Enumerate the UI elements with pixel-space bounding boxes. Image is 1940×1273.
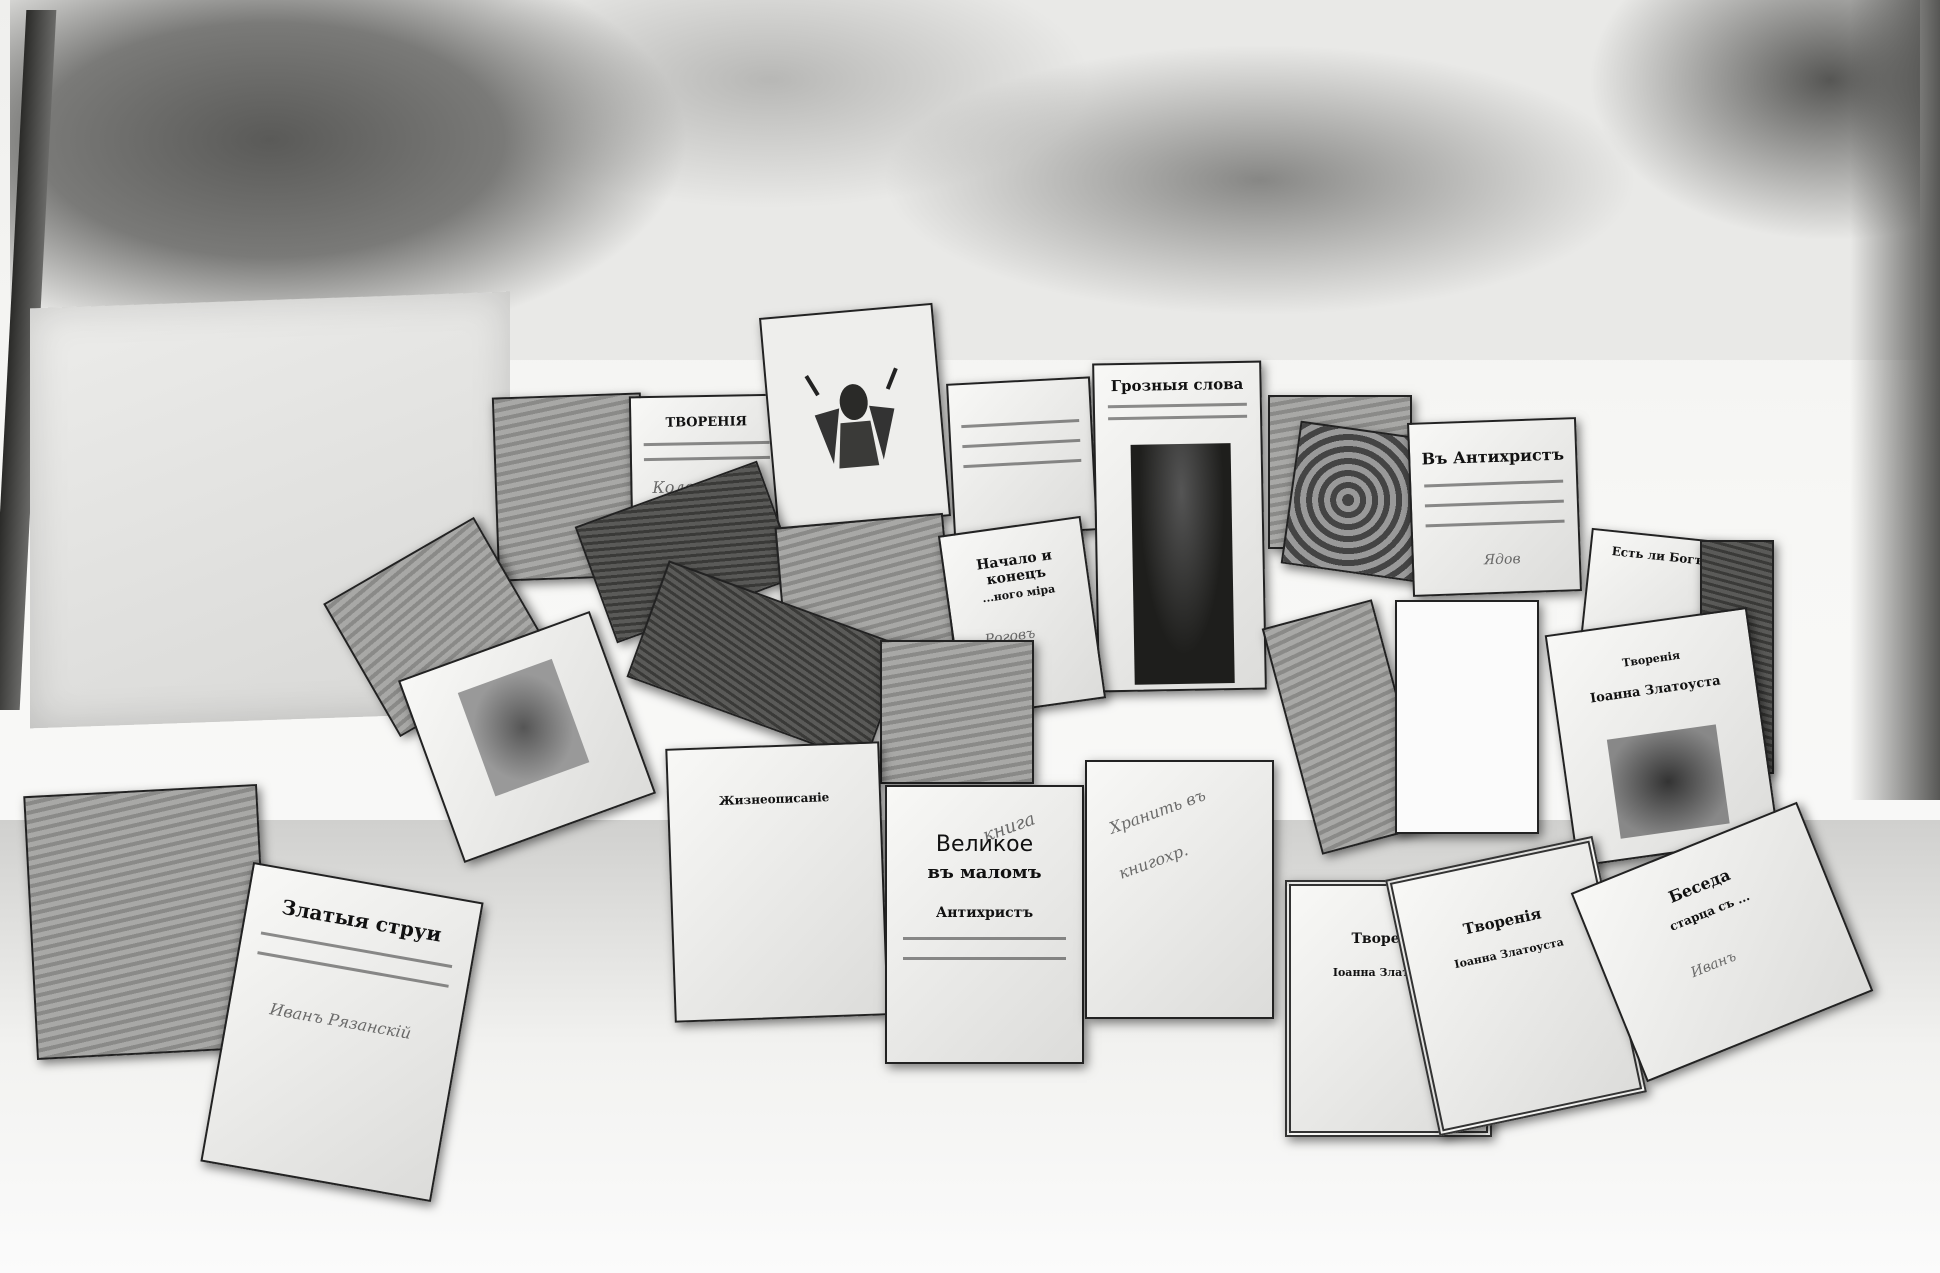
book-title: Грозныя слова: [1094, 375, 1259, 396]
book-title: Въ Антихристъ: [1410, 444, 1576, 469]
book-title-line2: въ маломъ: [887, 862, 1082, 883]
right-shadow: [1850, 0, 1940, 800]
baphomet-illustration: [759, 303, 951, 531]
book-torn-cover: Жизнеописаніе: [665, 741, 888, 1022]
book-subtitle: Антихристъ: [887, 905, 1082, 921]
book-blank-white: [1395, 600, 1539, 834]
book-velikoe-v-malom: Великое въ маломъ Антихристъ книга: [885, 785, 1084, 1064]
portrait-illustration: [1131, 443, 1235, 685]
archival-photograph: ТВОРЕНІЯ Колесников Грозныя слова Въ Ант…: [0, 0, 1940, 1273]
book-gray-center: [880, 640, 1034, 784]
baphomet-figure-icon: [795, 347, 916, 486]
book-handwritten: Хранить въ книгохр.: [1085, 760, 1274, 1019]
book-back-center: [946, 376, 1098, 537]
book-antikhrist: Въ Антихристъ Ядов: [1407, 417, 1582, 597]
book-groznyya-slova: Грозныя слова: [1092, 361, 1267, 693]
book-title: Златыя струи: [246, 889, 477, 953]
book-title: Жизнеописаніе: [669, 788, 879, 809]
